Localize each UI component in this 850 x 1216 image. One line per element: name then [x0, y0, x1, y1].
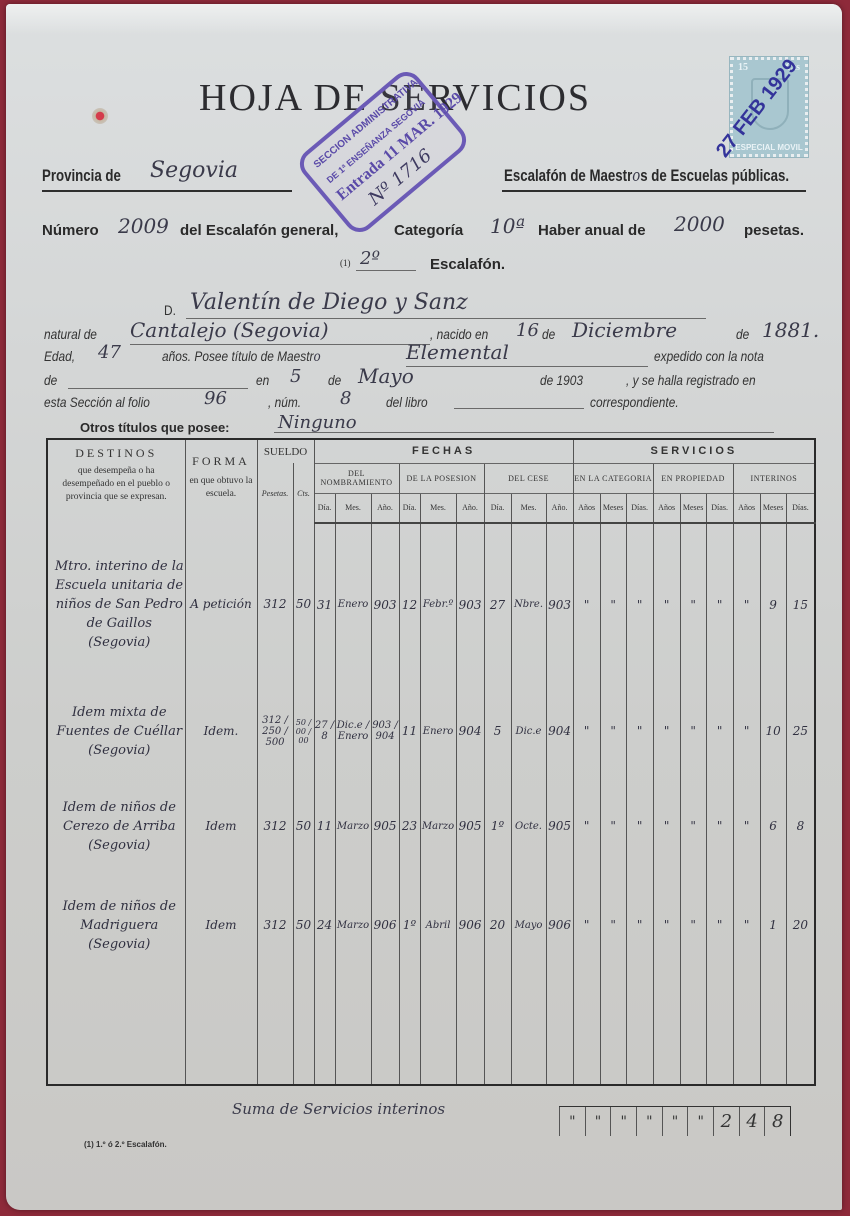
header-pesetas: Pesetas.	[257, 463, 293, 523]
de-label: de	[736, 326, 749, 342]
cese-ano-cell: 904	[546, 685, 573, 777]
cese-ano-cell: 906	[546, 875, 573, 975]
numero-label: Número	[42, 222, 99, 239]
birth-day: 16	[516, 320, 539, 341]
header-dia: Día.	[314, 493, 335, 523]
nom-mes-cell: Enero	[335, 523, 371, 685]
document-page: HOJA DE SERVICIOS 15 Cts ESPECIAL MOVIL …	[6, 4, 842, 1210]
nom-mes-cell: Marzo	[335, 875, 371, 975]
table-row: Idem de niños de Cerezo de Arriba (Segov…	[47, 777, 815, 875]
cat-meses-cell: "	[600, 777, 626, 875]
header-dias: Días.	[786, 493, 815, 523]
cese-dia-cell: 27	[484, 523, 511, 685]
int-dias-cell: 8	[786, 777, 815, 875]
num-value: 8	[340, 388, 351, 409]
header-mes: Mes.	[335, 493, 371, 523]
header-cts: Cts.	[293, 463, 314, 523]
pesetas-cell: 312	[257, 777, 293, 875]
libro-label: del libro	[386, 394, 428, 410]
nom-dia-cell: 11	[314, 777, 335, 875]
int-meses-cell: 6	[760, 777, 786, 875]
cat-dias-cell: "	[626, 875, 653, 975]
total-cell: "	[636, 1107, 662, 1136]
cat-meses-cell: "	[600, 685, 626, 777]
table-row: Idem mixta de Fuentes de Cuéllar (Segovi…	[47, 685, 815, 777]
de-label: de	[328, 372, 341, 388]
pos-ano-cell: 903	[456, 523, 484, 685]
empty-row	[47, 975, 815, 1085]
divider	[42, 190, 292, 192]
pos-dia-cell: 23	[399, 777, 420, 875]
seccion-label: esta Sección al folio	[44, 394, 150, 410]
natural-label: natural de	[44, 326, 97, 342]
total-cell: "	[559, 1107, 585, 1136]
pesetas-cell: 312	[257, 523, 293, 685]
pos-mes-cell: Marzo	[420, 777, 456, 875]
cat-anos-cell: "	[573, 523, 600, 685]
header-mes: Mes.	[511, 493, 546, 523]
cat-dias-cell: "	[626, 523, 653, 685]
stamp-value: 15	[738, 62, 748, 73]
footnote: (1) 1.º ó 2.º Escalafón.	[84, 1140, 167, 1149]
otros-titulos-value: Ninguno	[278, 412, 357, 433]
header-destinos: DESTINOS que desempeña o ha desempeñado …	[47, 439, 185, 523]
nom-mes-cell: Marzo	[335, 777, 371, 875]
categoria-label: Categoría	[394, 222, 463, 239]
birth-month: Diciembre	[572, 318, 677, 342]
header-dias: Días.	[626, 493, 653, 523]
int-dias-cell: 25	[786, 685, 815, 777]
forma-cell: Idem	[185, 777, 257, 875]
cese-mes-cell: Nbre.	[511, 523, 546, 685]
escalafon-suffix: Escalafón.	[430, 256, 505, 273]
header-nombramiento: DEL NOMBRAMIENTO	[314, 463, 399, 493]
destino-cell: Mtro. interino de la Escuela unitaria de…	[47, 523, 185, 685]
edad-label: Edad,	[44, 348, 75, 364]
int-anos-cell: "	[733, 523, 760, 685]
prop-anos-cell: "	[653, 685, 680, 777]
header-dias: Días.	[706, 493, 733, 523]
total-cell: "	[687, 1107, 713, 1136]
cese-ano-cell: 905	[546, 777, 573, 875]
services-table: DESTINOS que desempeña o ha desempeñado …	[46, 438, 816, 1086]
header-propiedad: EN PROPIEDAD	[653, 463, 733, 493]
pos-ano-cell: 905	[456, 777, 484, 875]
divider	[406, 366, 648, 367]
stamp-label: ESPECIAL MOVIL	[735, 143, 803, 152]
nom-dia-cell: 31	[314, 523, 335, 685]
cese-mes-cell: Dic.e	[511, 685, 546, 777]
prop-dias-cell: "	[706, 685, 733, 777]
forma-cell: Idem	[185, 875, 257, 975]
pesetas-cell: 312 / 250 / 500	[257, 685, 293, 777]
prop-anos-cell: "	[653, 777, 680, 875]
cts-cell: 50	[293, 777, 314, 875]
header-anos: Años	[733, 493, 760, 523]
header-anos: Años	[653, 493, 680, 523]
en-label: en	[256, 372, 269, 388]
total-cell: "	[585, 1107, 611, 1136]
cat-meses-cell: "	[600, 523, 626, 685]
destino-cell: Idem de niños de Cerezo de Arriba (Segov…	[47, 777, 185, 875]
destino-cell: Idem mixta de Fuentes de Cuéllar (Segovi…	[47, 685, 185, 777]
registrado-label: , y se halla registrado en	[626, 372, 756, 388]
cese-mes-cell: Mayo	[511, 875, 546, 975]
haber-value: 2000	[674, 212, 725, 236]
forma-cell: Idem.	[185, 685, 257, 777]
escalafon-line: Escalafón de Maestros de Escuelas públic…	[504, 166, 850, 186]
header-forma: FORMA en que obtuvo la escuela.	[185, 439, 257, 523]
don-label: D.	[164, 302, 176, 318]
prop-meses-cell: "	[680, 777, 706, 875]
correspondiente-label: correspondiente.	[590, 394, 679, 410]
anos-label: años. Posee título de Maestro	[162, 348, 321, 365]
cts-cell: 50 / 00 / 00	[293, 685, 314, 777]
forma-cell: A petición	[185, 523, 257, 685]
expedido-label: expedido con la nota	[654, 348, 764, 364]
divider	[274, 432, 774, 433]
pin-hole	[92, 108, 108, 124]
total-cell: "	[662, 1107, 688, 1136]
header-cese: DEL CESE	[484, 463, 573, 493]
teacher-name: Valentín de Diego y Sanz	[190, 290, 468, 315]
int-dias-cell: 15	[786, 523, 815, 685]
prop-dias-cell: "	[706, 777, 733, 875]
escalafon-label: Escalafón de Maestros de Escuelas públic…	[504, 166, 789, 186]
int-anos-cell: "	[733, 875, 760, 975]
cese-mes-cell: Octe.	[511, 777, 546, 875]
cat-dias-cell: "	[626, 777, 653, 875]
cat-meses-cell: "	[600, 875, 626, 975]
de-nota-label: de	[44, 372, 57, 388]
cat-anos-cell: "	[573, 777, 600, 875]
int-meses-cell: 1	[760, 875, 786, 975]
nom-dia-cell: 27 / 8	[314, 685, 335, 777]
cese-dia-cell: 20	[484, 875, 511, 975]
pos-mes-cell: Febr.º	[420, 523, 456, 685]
pos-ano-cell: 904	[456, 685, 484, 777]
header-meses: Meses	[600, 493, 626, 523]
nom-mes-cell: Dic.e / Enero	[335, 685, 371, 777]
divider	[502, 190, 806, 192]
provincia-label: Provincia de	[42, 166, 121, 186]
edad-value: 47	[98, 342, 121, 363]
header-mes: Mes.	[420, 493, 456, 523]
header-interinos: INTERINOS	[733, 463, 815, 493]
nom-ano-cell: 903 / 904	[371, 685, 399, 777]
int-anos-cell: "	[733, 685, 760, 777]
int-dias-cell: 20	[786, 875, 815, 975]
pos-ano-cell: 906	[456, 875, 484, 975]
divider	[356, 270, 416, 271]
header-ano: Año.	[546, 493, 573, 523]
header-categoria: EN LA CATEGORIA	[573, 463, 653, 493]
footnote-marker: (1)	[340, 258, 351, 268]
cese-dia-cell: 1º	[484, 777, 511, 875]
cts-cell: 50	[293, 523, 314, 685]
prop-anos-cell: "	[653, 875, 680, 975]
exp-day: 5	[290, 366, 301, 387]
natural-value: Cantalejo (Segovia)	[130, 318, 329, 342]
haber-label: Haber anual de	[538, 222, 646, 239]
header-dia: Día.	[399, 493, 420, 523]
exp-month: Mayo	[358, 364, 414, 388]
prop-meses-cell: "	[680, 523, 706, 685]
header-meses: Meses	[760, 493, 786, 523]
provincia-value: Segovia	[150, 158, 238, 183]
divider	[130, 344, 430, 345]
int-meses-cell: 10	[760, 685, 786, 777]
table-row: Mtro. interino de la Escuela unitaria de…	[47, 523, 815, 685]
int-anos-cell: "	[733, 777, 760, 875]
birth-year: 1881.	[762, 318, 819, 342]
int-meses-cell: 9	[760, 523, 786, 685]
pos-mes-cell: Abril	[420, 875, 456, 975]
header-anos: Años	[573, 493, 600, 523]
cts-cell: 50	[293, 875, 314, 975]
prop-anos-cell: "	[653, 523, 680, 685]
table-row: Idem de niños de Madriguera (Segovia) Id…	[47, 875, 815, 975]
exp-year: de 1903	[540, 372, 583, 388]
total-row: " " " " " " 2 4 8	[559, 1106, 791, 1136]
provincia-line: Provincia de	[42, 166, 143, 186]
folio-value: 96	[204, 388, 227, 409]
total-dias: 8	[764, 1107, 791, 1136]
otros-titulos-label: Otros títulos que posee:	[80, 420, 230, 435]
total-anos: 2	[713, 1107, 739, 1136]
destino-cell: Idem de niños de Madriguera (Segovia)	[47, 875, 185, 975]
prop-meses-cell: "	[680, 685, 706, 777]
pesetas-label: pesetas.	[744, 222, 804, 239]
categoria-value: 10ª	[490, 214, 525, 238]
total-cell: "	[610, 1107, 636, 1136]
pos-dia-cell: 1º	[399, 875, 420, 975]
cese-dia-cell: 5	[484, 685, 511, 777]
numero-value: 2009	[118, 214, 169, 238]
nom-dia-cell: 24	[314, 875, 335, 975]
cat-anos-cell: "	[573, 875, 600, 975]
pos-mes-cell: Enero	[420, 685, 456, 777]
total-meses: 4	[739, 1107, 765, 1136]
prop-dias-cell: "	[706, 523, 733, 685]
prop-meses-cell: "	[680, 875, 706, 975]
pesetas-cell: 312	[257, 875, 293, 975]
pos-dia-cell: 12	[399, 523, 420, 685]
header-servicios: SERVICIOS	[573, 439, 815, 463]
cese-ano-cell: 903	[546, 523, 573, 685]
nom-ano-cell: 903	[371, 523, 399, 685]
header-sueldo: SUELDO	[257, 439, 314, 463]
num-label: , núm.	[268, 394, 301, 410]
header-dia: Día.	[484, 493, 511, 523]
pos-dia-cell: 11	[399, 685, 420, 777]
cat-anos-cell: "	[573, 685, 600, 777]
header-meses: Meses	[680, 493, 706, 523]
libro-field	[454, 408, 584, 409]
header-fechas: FECHAS	[314, 439, 573, 463]
de-label: de	[542, 326, 555, 342]
header-ano: Año.	[456, 493, 484, 523]
total-label: Suma de Servicios interinos	[232, 1100, 445, 1118]
escalafon-number: 2º	[360, 248, 380, 269]
prop-dias-cell: "	[706, 875, 733, 975]
nom-ano-cell: 905	[371, 777, 399, 875]
header-ano: Año.	[371, 493, 399, 523]
nom-ano-cell: 906	[371, 875, 399, 975]
cat-dias-cell: "	[626, 685, 653, 777]
header-posesion: DE LA POSESION	[399, 463, 484, 493]
escalafon-general-label: del Escalafón general,	[180, 222, 338, 239]
titulo-value: Elemental	[406, 340, 509, 364]
